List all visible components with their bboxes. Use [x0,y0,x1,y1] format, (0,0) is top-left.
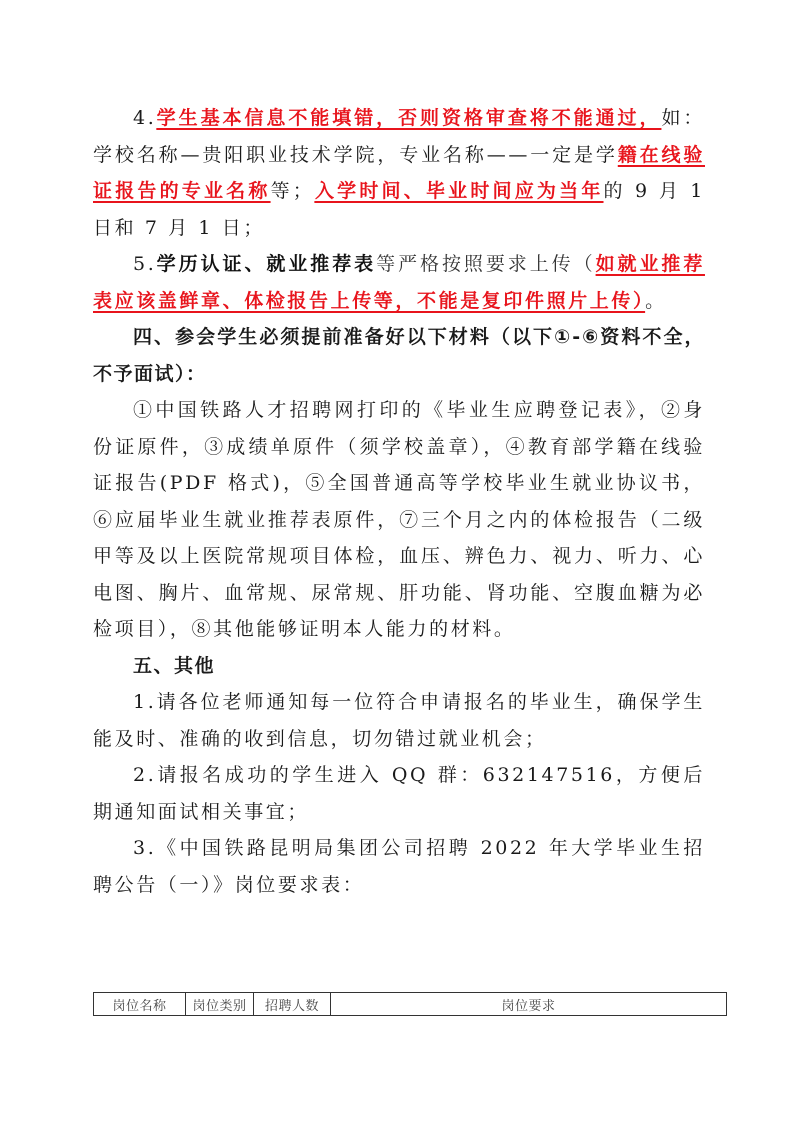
header-job-category: 岗位类别 [186,993,254,1016]
emphasis-red-text: 入学时间、毕业时间应为当年 [314,180,603,202]
paragraph-item-5: 5.学历认证、就业推荐表等严格按照要求上传（如就业推荐表应该盖鲜章、体检报告上传… [93,246,705,319]
item-number: 4. [133,107,156,129]
table-header-row: 岗位名称 岗位类别 招聘人数 岗位要求 [94,993,727,1016]
paragraph-item-4: 4.学生基本信息不能填错，否则资格审查将不能通过，如：学校名称—贵阳职业技术学院… [93,100,705,246]
header-job-name: 岗位名称 [94,993,186,1016]
header-hiring-count: 招聘人数 [254,993,331,1016]
body-text: 。 [645,290,667,312]
body-text: 等； [271,180,315,202]
other-item-1: 1.请各位老师通知每一位符合申请报名的毕业生，确保学生能及时、准确的收到信息，切… [93,684,705,757]
document-page: 4.学生基本信息不能填错，否则资格审查将不能通过，如：学校名称—贵阳职业技术学院… [93,100,705,903]
materials-list-paragraph: ①中国铁路人才招聘网打印的《毕业生应聘登记表》，②身份证原件，③成绩单原件（须学… [93,392,705,648]
header-job-requirements: 岗位要求 [331,993,727,1016]
section-heading-5: 五、其他 [93,648,705,685]
item-number: 5. [133,253,156,275]
body-text: 等严格按照要求上传（ [376,253,595,275]
bold-text: 学历认证、就业推荐表 [156,253,376,275]
other-item-2: 2.请报名成功的学生进入 QQ 群：632147516，方便后期通知面试相关事宜… [93,757,705,830]
emphasis-red-text: 学生基本信息不能填错，否则资格审查将不能通过， [156,107,661,129]
job-requirements-table: 岗位名称 岗位类别 招聘人数 岗位要求 [93,992,727,1016]
other-item-3: 3.《中国铁路昆明局集团公司招聘 2022 年大学毕业生招聘公告（一）》岗位要求… [93,830,705,903]
section-heading-4: 四、参会学生必须提前准备好以下材料（以下①-⑥资料不全，不予面试）： [93,319,705,392]
